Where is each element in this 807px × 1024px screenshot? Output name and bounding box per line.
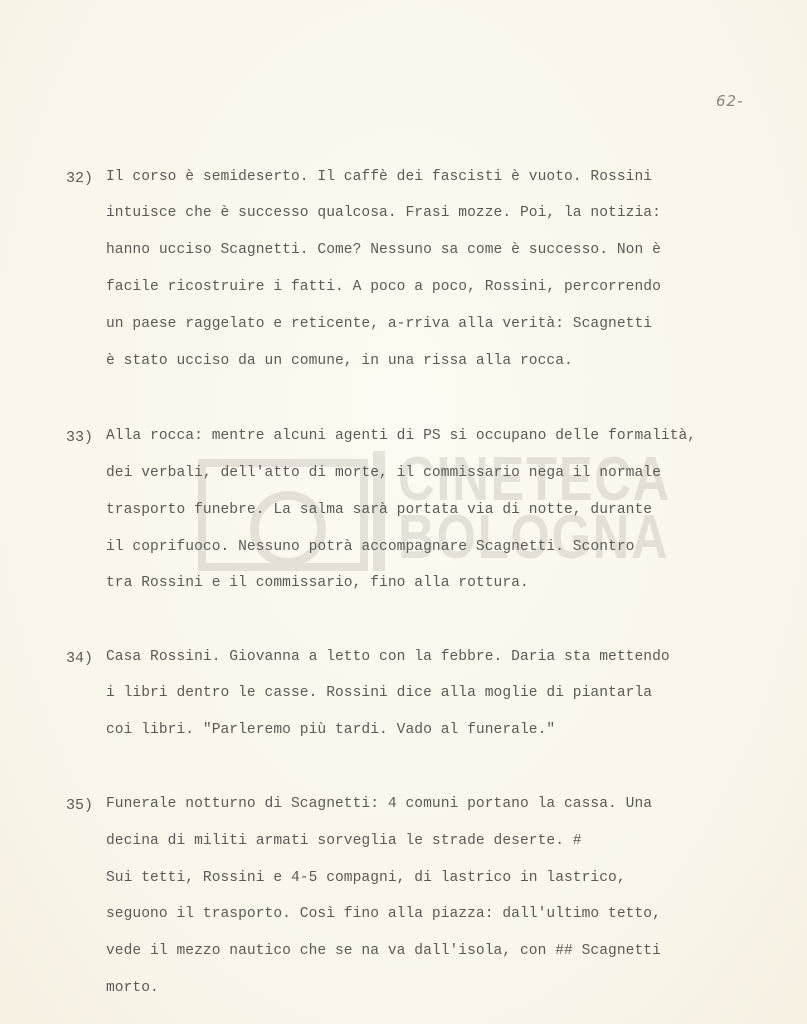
scene-line: Il corso è semideserto. Il caffè dei fas… bbox=[106, 170, 652, 185]
scene-line: un paese raggelato e reticente, a-rriva … bbox=[106, 317, 652, 332]
scene-line: decina di militi armati sorveglia le str… bbox=[106, 834, 582, 849]
scene-line: è stato ucciso da un comune, in una riss… bbox=[106, 354, 573, 369]
scene-line: seguono il trasporto. Così fino alla pia… bbox=[106, 907, 661, 922]
scene-line: coi libri. "Parleremo più tardi. Vado al… bbox=[106, 723, 555, 738]
page-number: 62- bbox=[716, 92, 744, 110]
scene-line: Sui tetti, Rossini e 4-5 compagni, di la… bbox=[106, 871, 626, 886]
scene-line: facile ricostruire i fatti. A poco a poc… bbox=[106, 280, 661, 295]
scene-line: vede il mezzo nautico che se na va dall'… bbox=[106, 944, 661, 959]
scene-line: i libri dentro le casse. Rossini dice al… bbox=[106, 686, 652, 701]
scene-line: Funerale notturno di Scagnetti: 4 comuni… bbox=[106, 797, 652, 812]
scene-line: dei verbali, dell'atto di morte, il comm… bbox=[106, 466, 661, 481]
scene-line: hanno ucciso Scagnetti. Come? Nessuno sa… bbox=[106, 243, 661, 258]
scene-number: 35) bbox=[66, 797, 93, 814]
scene-line: trasporto funebre. La salma sarà portata… bbox=[106, 503, 652, 518]
scene-line: intuisce che è successo qualcosa. Frasi … bbox=[106, 206, 661, 221]
typewritten-page: 62- CINETECA BOLOGNA 32) Il corso è semi… bbox=[0, 0, 807, 1024]
scene-line: il coprifuoco. Nessuno potrà accompagnar… bbox=[106, 540, 634, 555]
scene-line: Alla rocca: mentre alcuni agenti di PS s… bbox=[106, 429, 696, 444]
scene-line: tra Rossini e il commissario, fino alla … bbox=[106, 576, 529, 591]
scene-number: 33) bbox=[66, 429, 93, 446]
scene-line: morto. bbox=[106, 981, 159, 996]
scene-number: 34) bbox=[66, 650, 93, 667]
scene-number: 32) bbox=[66, 170, 93, 187]
scene-line: Casa Rossini. Giovanna a letto con la fe… bbox=[106, 650, 670, 665]
